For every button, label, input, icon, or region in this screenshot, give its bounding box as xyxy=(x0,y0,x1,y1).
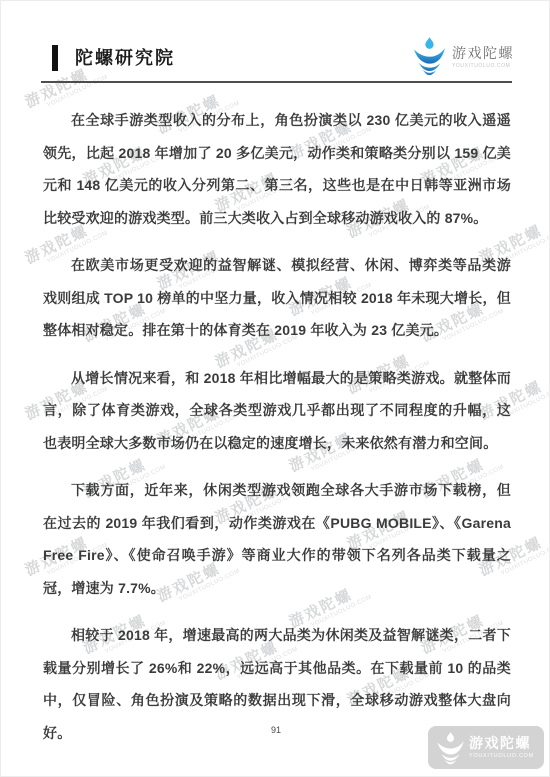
brand-logo: 游戏陀螺 YOUXITUOLUO.COM xyxy=(411,36,514,76)
brand-domain: YOUXITUOLUO.COM xyxy=(452,63,514,69)
brand-text: 游戏陀螺 YOUXITUOLUO.COM xyxy=(452,36,514,69)
spinning-top-icon-white xyxy=(435,731,466,765)
footer-logo: 游戏陀螺 YOUXITUOLUO.COM xyxy=(428,726,544,769)
body-paragraph: 下载方面，近年来，休闲类型游戏领跑全球各大手游市场下载榜，但在过去的 2019 … xyxy=(43,474,511,604)
brand-name: 游戏陀螺 xyxy=(452,46,514,61)
footer-brand-text: 游戏陀螺 YOUXITUOLUO.COM xyxy=(469,736,534,759)
report-body: 在全球手游类型收入的分布上，角色扮演类以 230 亿美元的收入遥遥领先，比起 2… xyxy=(43,104,511,764)
body-paragraph: 从增长情况来看，和 2018 年相比增幅最大的是策略类游戏。就整体而言，除了体育… xyxy=(43,362,511,460)
footer-brand-name: 游戏陀螺 xyxy=(469,736,534,751)
report-page: 游戏陀螺YOUXITUOLUO.COM游戏陀螺YOUXITUOLUO.COM游戏… xyxy=(0,0,550,777)
title-accent-bar xyxy=(52,45,58,71)
header-divider xyxy=(41,81,512,83)
spinning-top-icon xyxy=(411,36,448,76)
body-paragraph: 在欧美市场更受欢迎的益智解谜、模拟经营、休闲、博弈类等品类游戏则组成 TOP 1… xyxy=(43,249,511,347)
footer-brand-domain: YOUXITUOLUO.COM xyxy=(469,753,534,759)
body-paragraph: 在全球手游类型收入的分布上，角色扮演类以 230 亿美元的收入遥遥领先，比起 2… xyxy=(43,104,511,234)
page-title: 陀螺研究院 xyxy=(75,45,175,71)
